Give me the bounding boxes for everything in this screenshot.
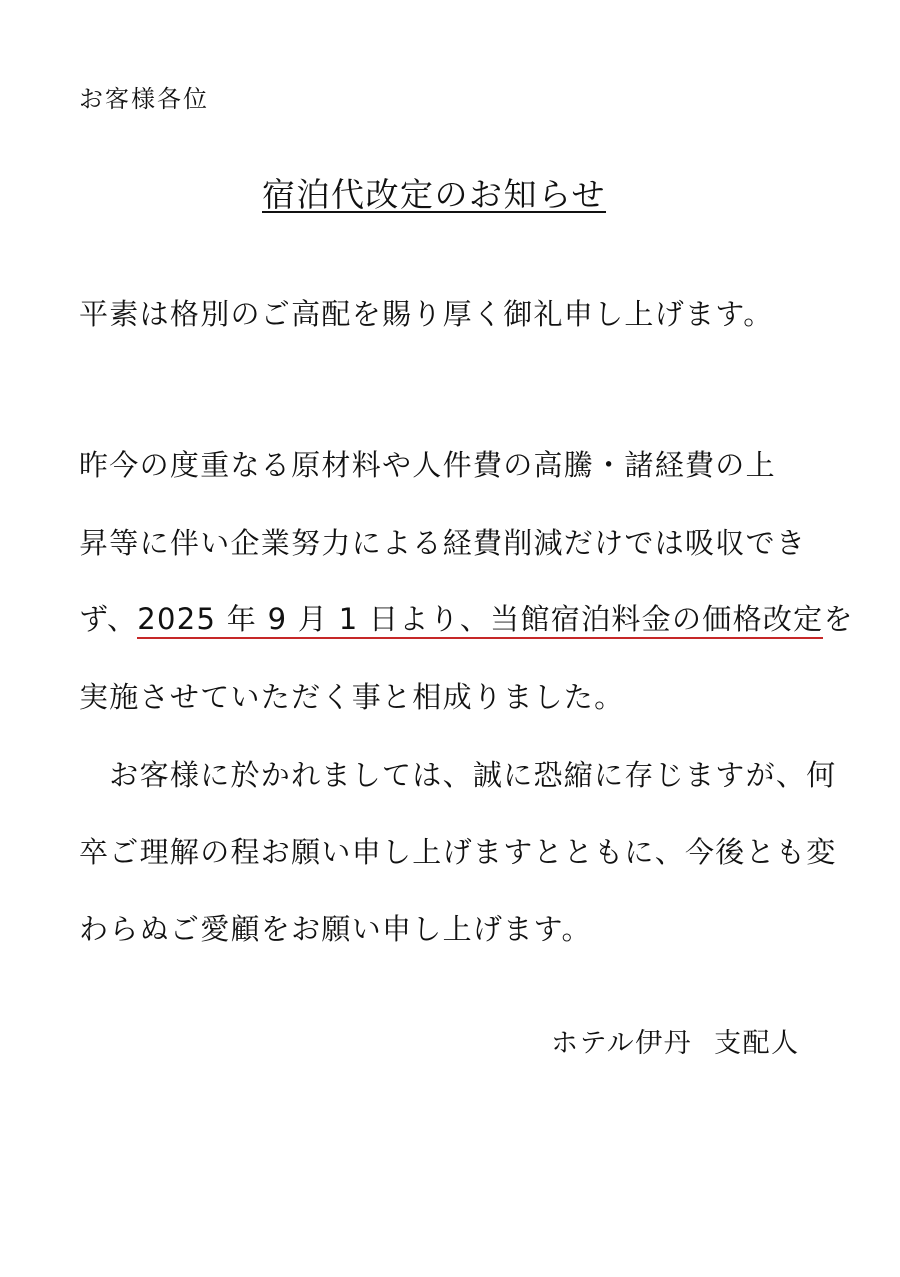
body-line-1: 昨今の度重なる原材料や人件費の高騰・諸経費の上 bbox=[79, 447, 776, 483]
document-title: 宿泊代改定のお知らせ bbox=[262, 173, 606, 217]
body-line-4: 実施させていただく事と相成りました。 bbox=[79, 679, 624, 715]
greeting-line: 平素は格別のご高配を賜り厚く御礼申し上げます。 bbox=[79, 296, 774, 332]
notice-document: お客様各位 宿泊代改定のお知らせ 平素は格別のご高配を賜り厚く御礼申し上げます。… bbox=[0, 0, 900, 1277]
signature: ホテル伊丹支配人 bbox=[551, 1026, 800, 1062]
line3-suffix: を bbox=[823, 602, 853, 636]
body-line-3: ず、2025 年 9 月 1 日より、当館宿泊料金の価格改定を bbox=[79, 601, 854, 637]
salutation: お客様各位 bbox=[79, 81, 209, 117]
signature-organization: ホテル伊丹 bbox=[551, 1028, 692, 1059]
highlighted-effective-date: 2025 年 9 月 1 日より、当館宿泊料金の価格改定 bbox=[137, 602, 823, 639]
closing-line-2: 卒ご理解の程お願い申し上げますとともに、今後とも変 bbox=[79, 834, 837, 870]
closing-line-3: わらぬご愛顧をお願い申し上げます。 bbox=[79, 911, 592, 947]
line3-prefix: ず、 bbox=[79, 602, 137, 636]
closing-line-1: お客様に於かれましては、誠に恐縮に存じますが、何 bbox=[79, 757, 837, 793]
signature-role: 支配人 bbox=[714, 1028, 800, 1059]
body-line-2: 昇等に伴い企業努力による経費削減だけでは吸収でき bbox=[79, 525, 806, 561]
